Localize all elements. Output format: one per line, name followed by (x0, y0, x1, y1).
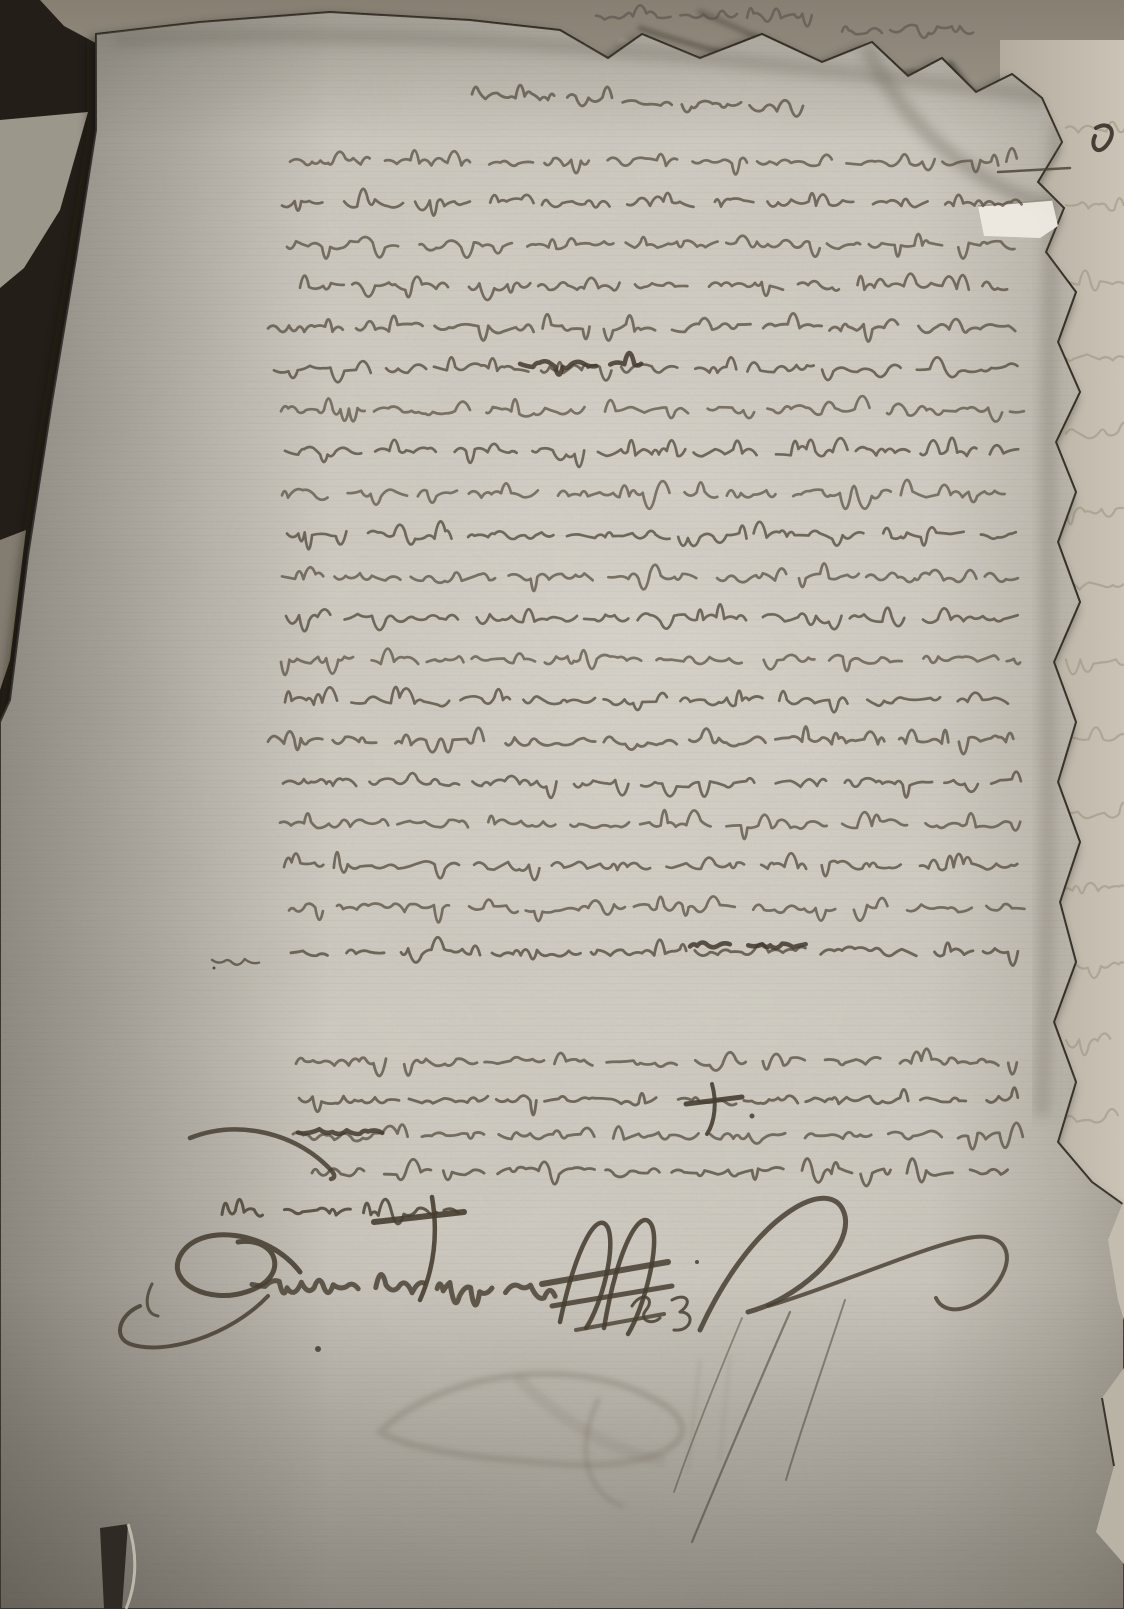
paper-shading (0, 0, 1124, 1609)
ink-speck-2 (750, 1114, 755, 1119)
ink-speck-3 (695, 1260, 699, 1264)
manuscript-photograph: A mons(ieu)r le prevost et p…Supplye tre… (0, 0, 1124, 1609)
ink-speck-4 (213, 967, 216, 970)
ink-speck-1 (315, 1346, 321, 1352)
manuscript-scene: A mons(ieu)r le prevost et p…Supplye tre… (0, 0, 1124, 1609)
bright-tear-patch (978, 200, 1058, 238)
